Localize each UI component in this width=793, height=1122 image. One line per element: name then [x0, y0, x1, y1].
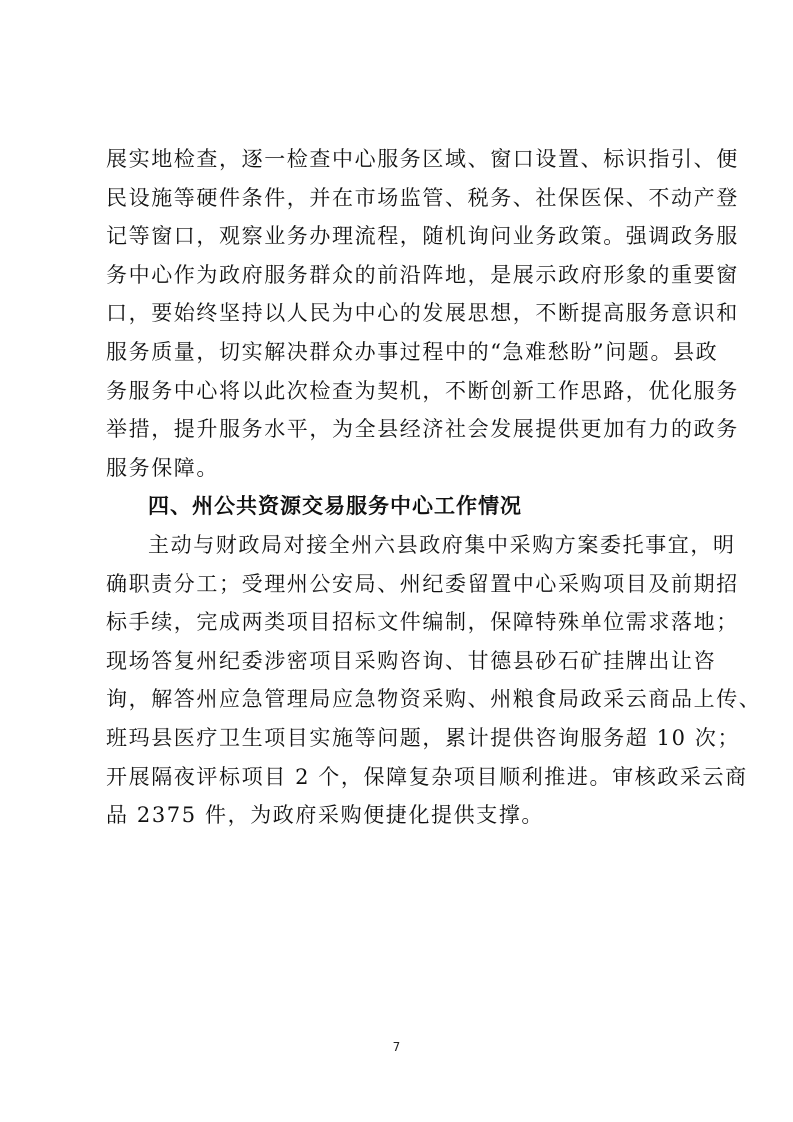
paragraph-section-4: 主动与财政局对接全州六县政府集中采购方案委托事宜，明 确职责分工；受理州公安局、… — [106, 526, 692, 835]
text-line: 询，解答州应急管理局应急物资采购、州粮食局政采云商品上传、 — [106, 680, 692, 719]
text-line: 服务质量，切实解决群众办事过程中的“急难愁盼”问题。县政 — [106, 333, 692, 372]
document-page: 展实地检查，逐一检查中心服务区域、窗口设置、标识指引、便 民设施等硬件条件，并在… — [0, 0, 793, 1122]
text-line: 民设施等硬件条件，并在市场监管、税务、社保医保、不动产登 — [106, 179, 692, 218]
text-line: 务服务中心将以此次检查为契机，不断创新工作思路，优化服务 — [106, 372, 692, 411]
text-line: 主动与财政局对接全州六县政府集中采购方案委托事宜，明 — [106, 526, 692, 565]
text-line: 服务保障。 — [106, 449, 692, 488]
text-line: 务中心作为政府服务群众的前沿阵地，是展示政府形象的重要窗 — [106, 256, 692, 295]
section-heading: 四、州公共资源交易服务中心工作情况 — [106, 487, 692, 526]
text-line: 班玛县医疗卫生项目实施等问题，累计提供咨询服务超 10 次； — [106, 719, 692, 758]
text-line: 展实地检查，逐一检查中心服务区域、窗口设置、标识指引、便 — [106, 140, 692, 179]
text-line: 品 2375 件，为政府采购便捷化提供支撑。 — [106, 796, 692, 835]
page-number: 7 — [0, 1040, 793, 1054]
text-line: 举措，提升服务水平，为全县经济社会发展提供更加有力的政务 — [106, 410, 692, 449]
text-line: 确职责分工；受理州公安局、州纪委留置中心采购项目及前期招 — [106, 565, 692, 604]
text-line: 开展隔夜评标项目 2 个，保障复杂项目顺利推进。审核政采云商 — [106, 758, 692, 797]
page-content: 展实地检查，逐一检查中心服务区域、窗口设置、标识指引、便 民设施等硬件条件，并在… — [106, 140, 692, 835]
text-line: 记等窗口，观察业务办理流程，随机询问业务政策。强调政务服 — [106, 217, 692, 256]
text-line: 标手续，完成两类项目招标文件编制，保障特殊单位需求落地； — [106, 603, 692, 642]
text-line: 现场答复州纪委涉密项目采购咨询、甘德县砂石矿挂牌出让咨 — [106, 642, 692, 681]
paragraph-continued: 展实地检查，逐一检查中心服务区域、窗口设置、标识指引、便 民设施等硬件条件，并在… — [106, 140, 692, 487]
text-line: 口，要始终坚持以人民为中心的发展思想，不断提高服务意识和 — [106, 294, 692, 333]
